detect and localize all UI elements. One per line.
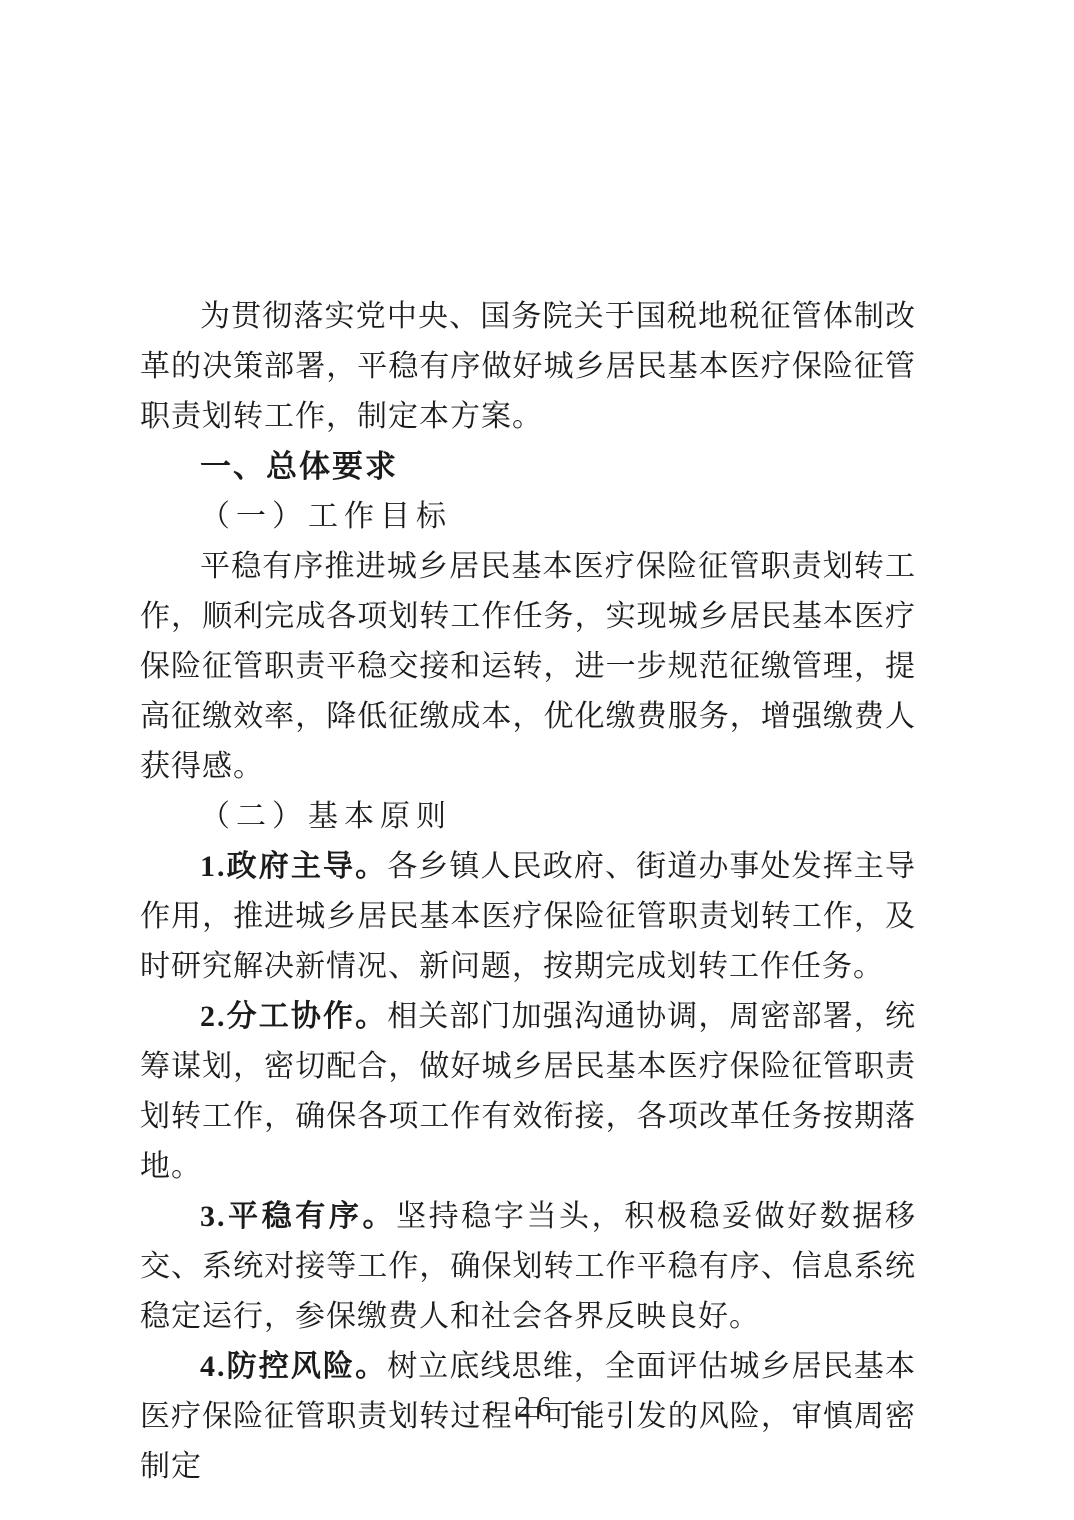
list-item-lead: 2.分工协作。 [200,1000,387,1033]
document-body: 为贯彻落实党中央、国务院关于国税地税征管体制改革的决策部署，平稳有序做好城乡居民… [140,292,916,1492]
sub-heading: （一）工作目标 [140,492,916,542]
page-number: - 26 - [0,1392,1074,1424]
list-item: 3.平稳有序。坚持稳字当头，积极稳妥做好数据移交、系统对接等工作，确保划转工作平… [140,1192,916,1342]
list-item: 2.分工协作。相关部门加强沟通协调，周密部署，统筹谋划，密切配合，做好城乡居民基… [140,992,916,1192]
list-item: 1.政府主导。各乡镇人民政府、街道办事处发挥主导作用，推进城乡居民基本医疗保险征… [140,842,916,992]
paragraph: 平稳有序推进城乡居民基本医疗保险征管职责划转工作，顺利完成各项划转工作任务，实现… [140,542,916,792]
list-item-lead: 4.防控风险。 [200,1350,387,1383]
list-item-lead: 3.平稳有序。 [200,1200,396,1233]
paragraph: 为贯彻落实党中央、国务院关于国税地税征管体制改革的决策部署，平稳有序做好城乡居民… [140,292,916,442]
section-heading: 一、总体要求 [140,442,916,492]
document-page: 为贯彻落实党中央、国务院关于国税地税征管体制改革的决策部署，平稳有序做好城乡居民… [0,0,1074,1520]
list-item-lead: 1.政府主导。 [200,850,387,883]
sub-heading: （二）基本原则 [140,792,916,842]
